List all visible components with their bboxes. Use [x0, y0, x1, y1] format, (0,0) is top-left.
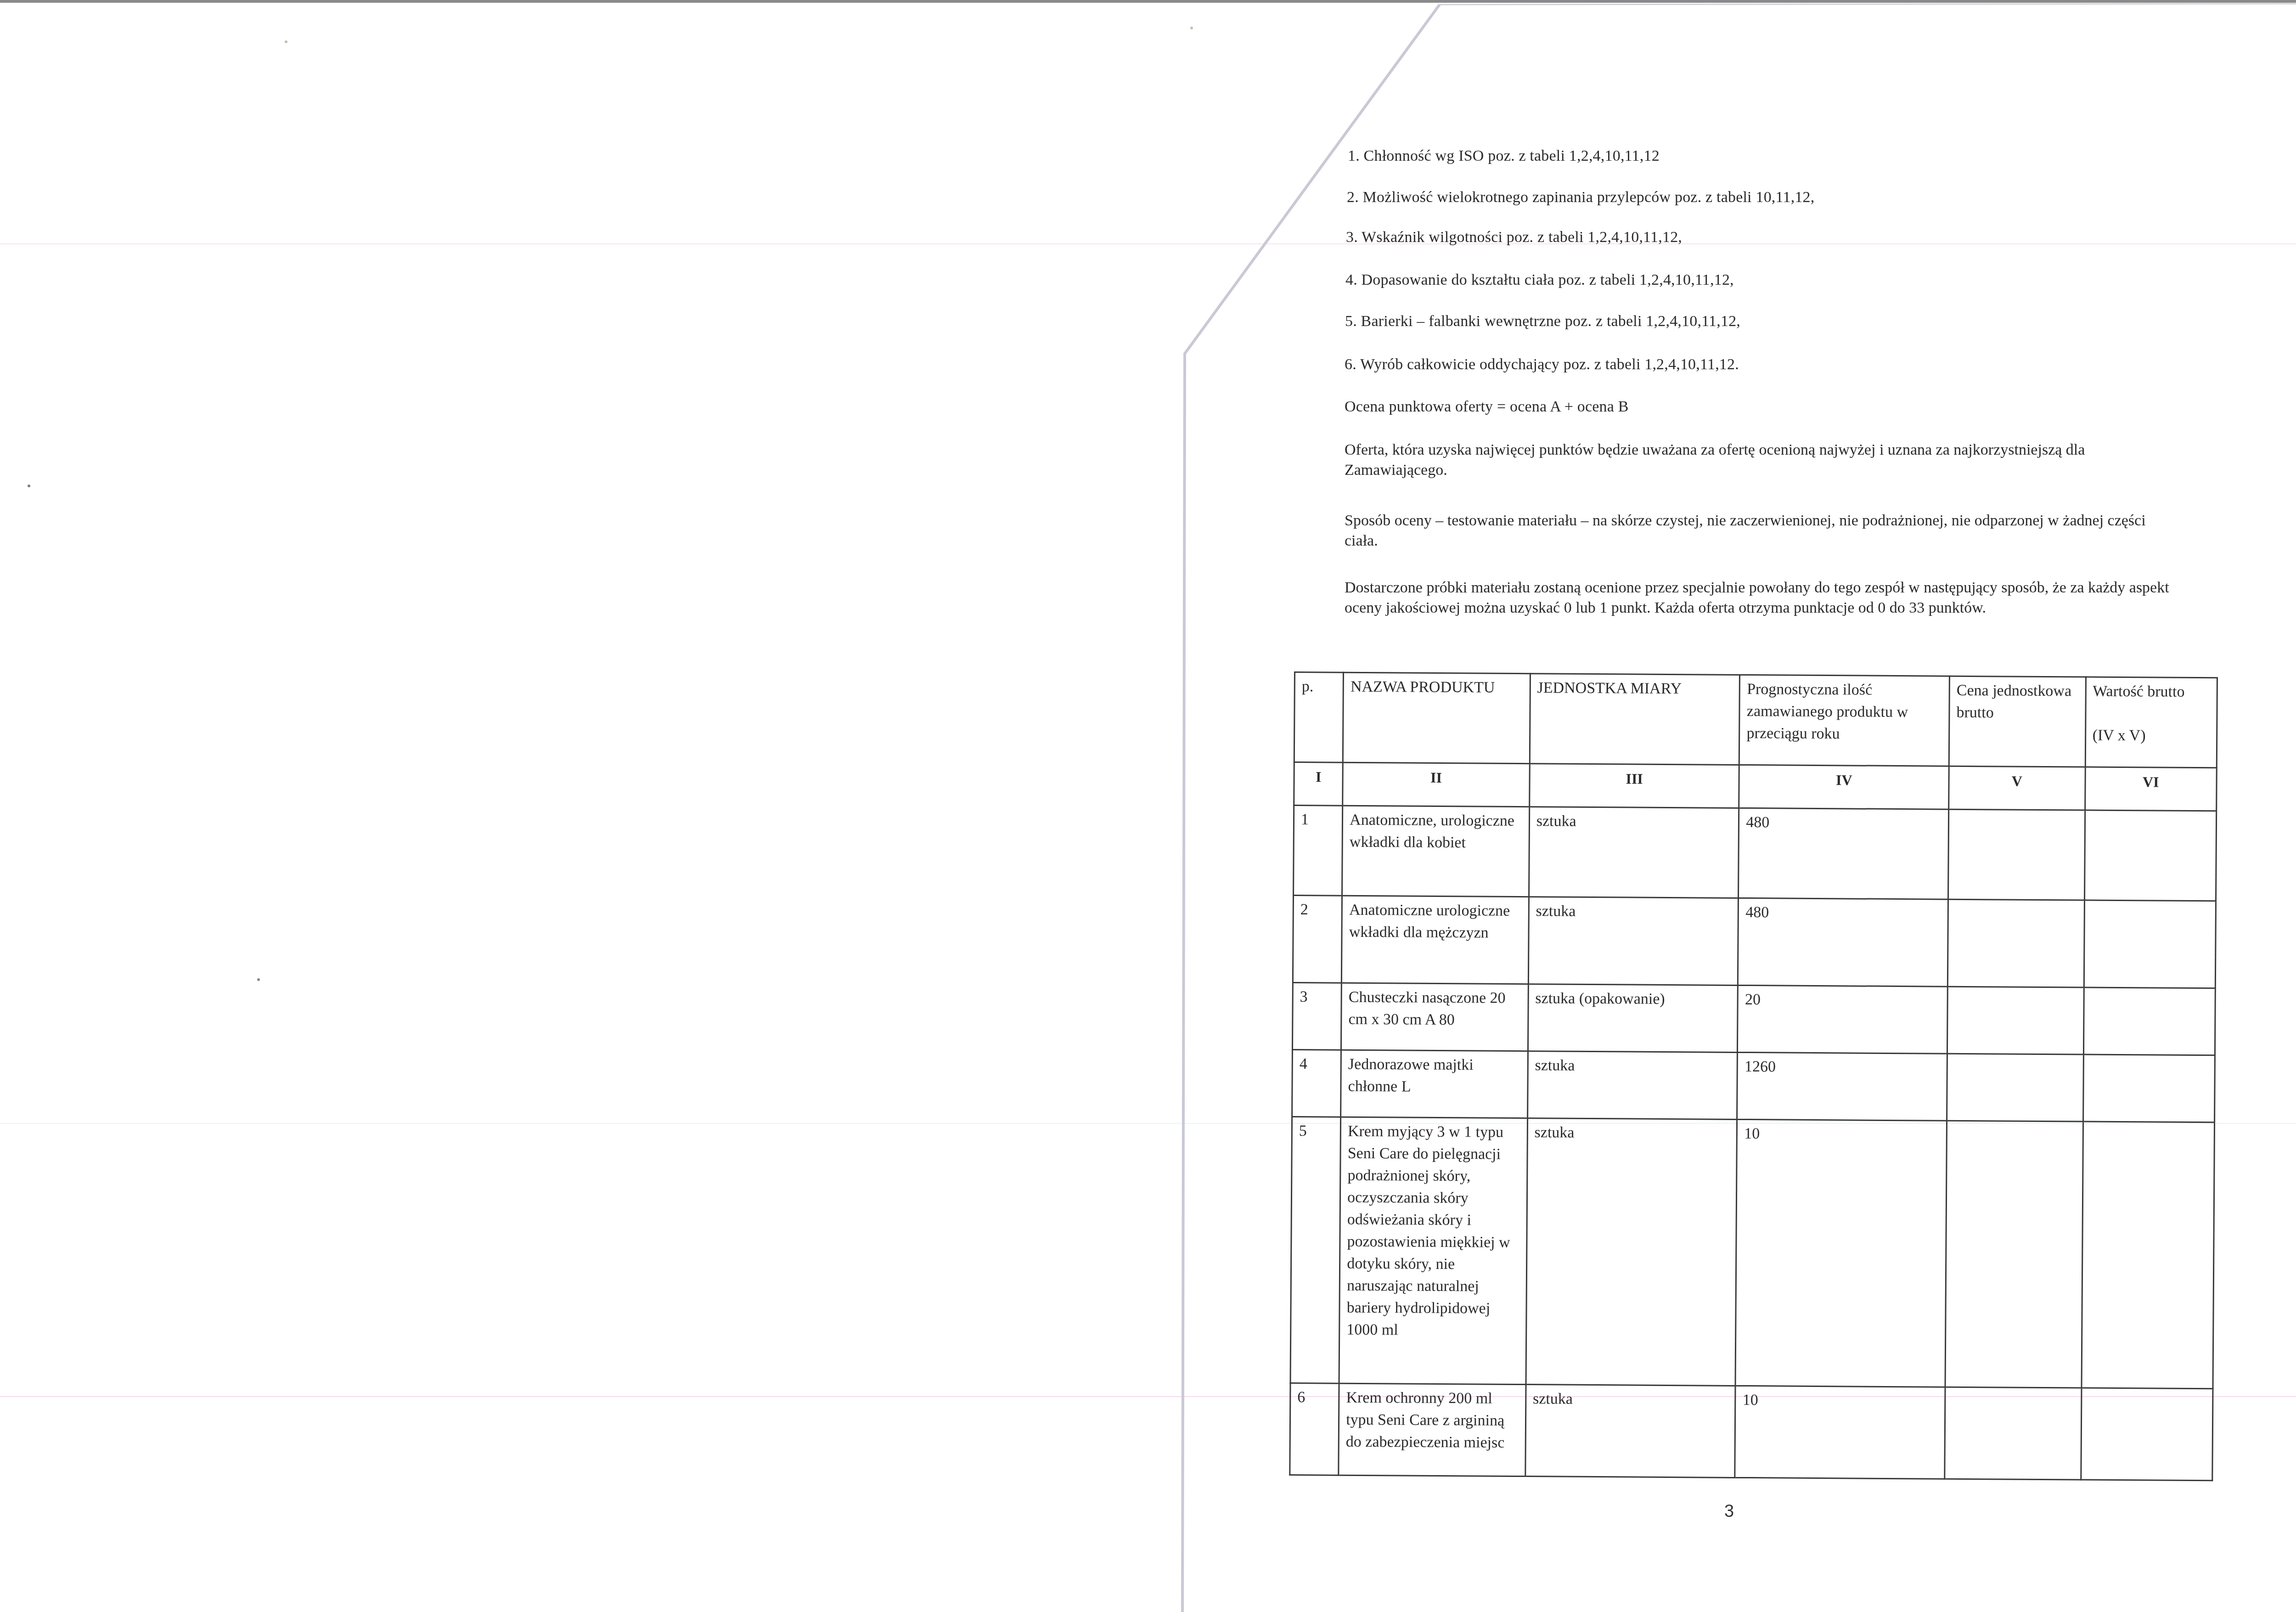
scan-speck [285, 40, 287, 43]
criteria-item-1: 1. Chłonność wg ISO poz. z tabeli 1,2,4,… [1348, 146, 1660, 166]
cell-value [2084, 810, 2217, 901]
table-header-row: p. NAZWA PRODUKTU JEDNOSTKA MIARY Progno… [1294, 672, 2217, 768]
cell-product-name: Anatomiczne, urologiczne wkładki dla kob… [1342, 806, 1530, 896]
cell-value [2083, 987, 2215, 1055]
table-roman-row: I II III IV V VI [1294, 762, 2217, 811]
cell-unit: sztuka [1527, 1051, 1738, 1120]
criteria-item-5: 5. Barierki – falbanki wewnętrzne poz. z… [1345, 311, 1740, 332]
cell-value [2082, 1122, 2215, 1389]
table-row: 3 Chusteczki nasączone 20 cm x 30 cm A 8… [1292, 982, 2215, 1055]
roman-3: III [1529, 764, 1739, 808]
cell-product-name: Anatomiczne urologiczne wkładki dla mężc… [1342, 896, 1529, 984]
product-table: p. NAZWA PRODUKTU JEDNOSTKA MIARY Progno… [1289, 671, 2218, 1481]
criteria-item-4: 4. Dopasowanie do kształtu ciała poz. z … [1345, 270, 1734, 290]
cell-price [1947, 899, 2084, 987]
scan-speck [1190, 27, 1193, 29]
header-unit: JEDNOSTKA MIARY [1530, 674, 1740, 765]
cell-product-name: Krem ochronny 200 ml typu Seni Care z ar… [1339, 1383, 1526, 1476]
cell-price [1947, 986, 2084, 1054]
cell-no: 1 [1294, 806, 1343, 896]
page-number: 3 [1724, 1502, 1734, 1522]
cell-product-name: Chusteczki nasączone 20 cm x 30 cm A 80 [1341, 983, 1528, 1051]
criteria-item-6: 6. Wyrób całkowicie oddychający poz. z t… [1345, 355, 1739, 375]
cell-price [1945, 1387, 2082, 1480]
cell-no: 4 [1292, 1049, 1341, 1117]
cell-qty: 1260 [1737, 1052, 1947, 1121]
cell-qty: 10 [1735, 1119, 1947, 1387]
cell-unit: sztuka [1528, 897, 1739, 986]
scan-speck [257, 978, 260, 981]
cell-unit: sztuka [1529, 807, 1739, 898]
criteria-item-2: 2. Możliwość wielokrotnego zapinania prz… [1347, 187, 1814, 208]
cell-unit: sztuka [1525, 1385, 1736, 1478]
cell-no: 2 [1293, 896, 1342, 983]
cell-qty: 20 [1738, 985, 1948, 1054]
cell-product-name: Jednorazowe majtki chłonne L [1341, 1050, 1528, 1118]
cell-value [2083, 1054, 2215, 1122]
table-row: 5 Krem myjący 3 w 1 typu Seni Care do pi… [1290, 1116, 2215, 1388]
cell-qty: 480 [1739, 808, 1949, 899]
header-no: p. [1294, 672, 1343, 763]
header-forecast-qty: Prognostyczna ilość zamawianego produktu… [1739, 675, 1950, 766]
paragraph-samples: Dostarczone próbki materiału zostaną oce… [1345, 578, 2180, 618]
roman-6: VI [2085, 767, 2217, 811]
header-unit-price: Cena jednostkowa brutto [1949, 676, 2086, 767]
cell-value [2084, 900, 2216, 988]
paragraph-evaluation-method: Sposób oceny – testowanie materiału – na… [1345, 511, 2180, 551]
cell-no: 6 [1290, 1383, 1339, 1475]
paragraph-best-offer: Oferta, która uzyska najwięcej punktów b… [1345, 440, 2180, 480]
roman-1: I [1294, 762, 1343, 806]
cell-no: 3 [1292, 982, 1341, 1050]
cell-unit: sztuka [1526, 1118, 1737, 1386]
roman-4: IV [1739, 765, 1949, 809]
cell-unit: sztuka (opakowanie) [1528, 984, 1738, 1053]
roman-5: V [1949, 766, 2085, 810]
score-formula: Ocena punktowa oferty = ocena A + ocena … [1345, 397, 1629, 417]
table-row: 4 Jednorazowe majtki chłonne L sztuka 12… [1292, 1049, 2215, 1122]
table-row: 6 Krem ochronny 200 ml typu Seni Care z … [1290, 1383, 2213, 1480]
cell-qty: 10 [1735, 1386, 1945, 1479]
cell-price [1945, 1121, 2083, 1388]
cell-no: 5 [1290, 1116, 1341, 1383]
cell-value [2081, 1388, 2213, 1481]
header-gross-value: Wartość brutto (IV x V) [2085, 677, 2217, 768]
scan-speck [28, 485, 30, 487]
header-product-name: NAZWA PRODUKTU [1343, 672, 1530, 763]
table-row: 1 Anatomiczne, urologiczne wkładki dla k… [1294, 806, 2217, 901]
cell-product-name: Krem myjący 3 w 1 typu Seni Care do piel… [1339, 1117, 1527, 1384]
table-row: 2 Anatomiczne urologiczne wkładki dla mę… [1293, 896, 2216, 988]
cell-price [1947, 1054, 2083, 1122]
cell-price [1948, 809, 2085, 900]
roman-2: II [1343, 762, 1530, 806]
criteria-item-3: 3. Wskaźnik wilgotności poz. z tabeli 1,… [1346, 227, 1682, 248]
cell-qty: 480 [1738, 898, 1948, 986]
